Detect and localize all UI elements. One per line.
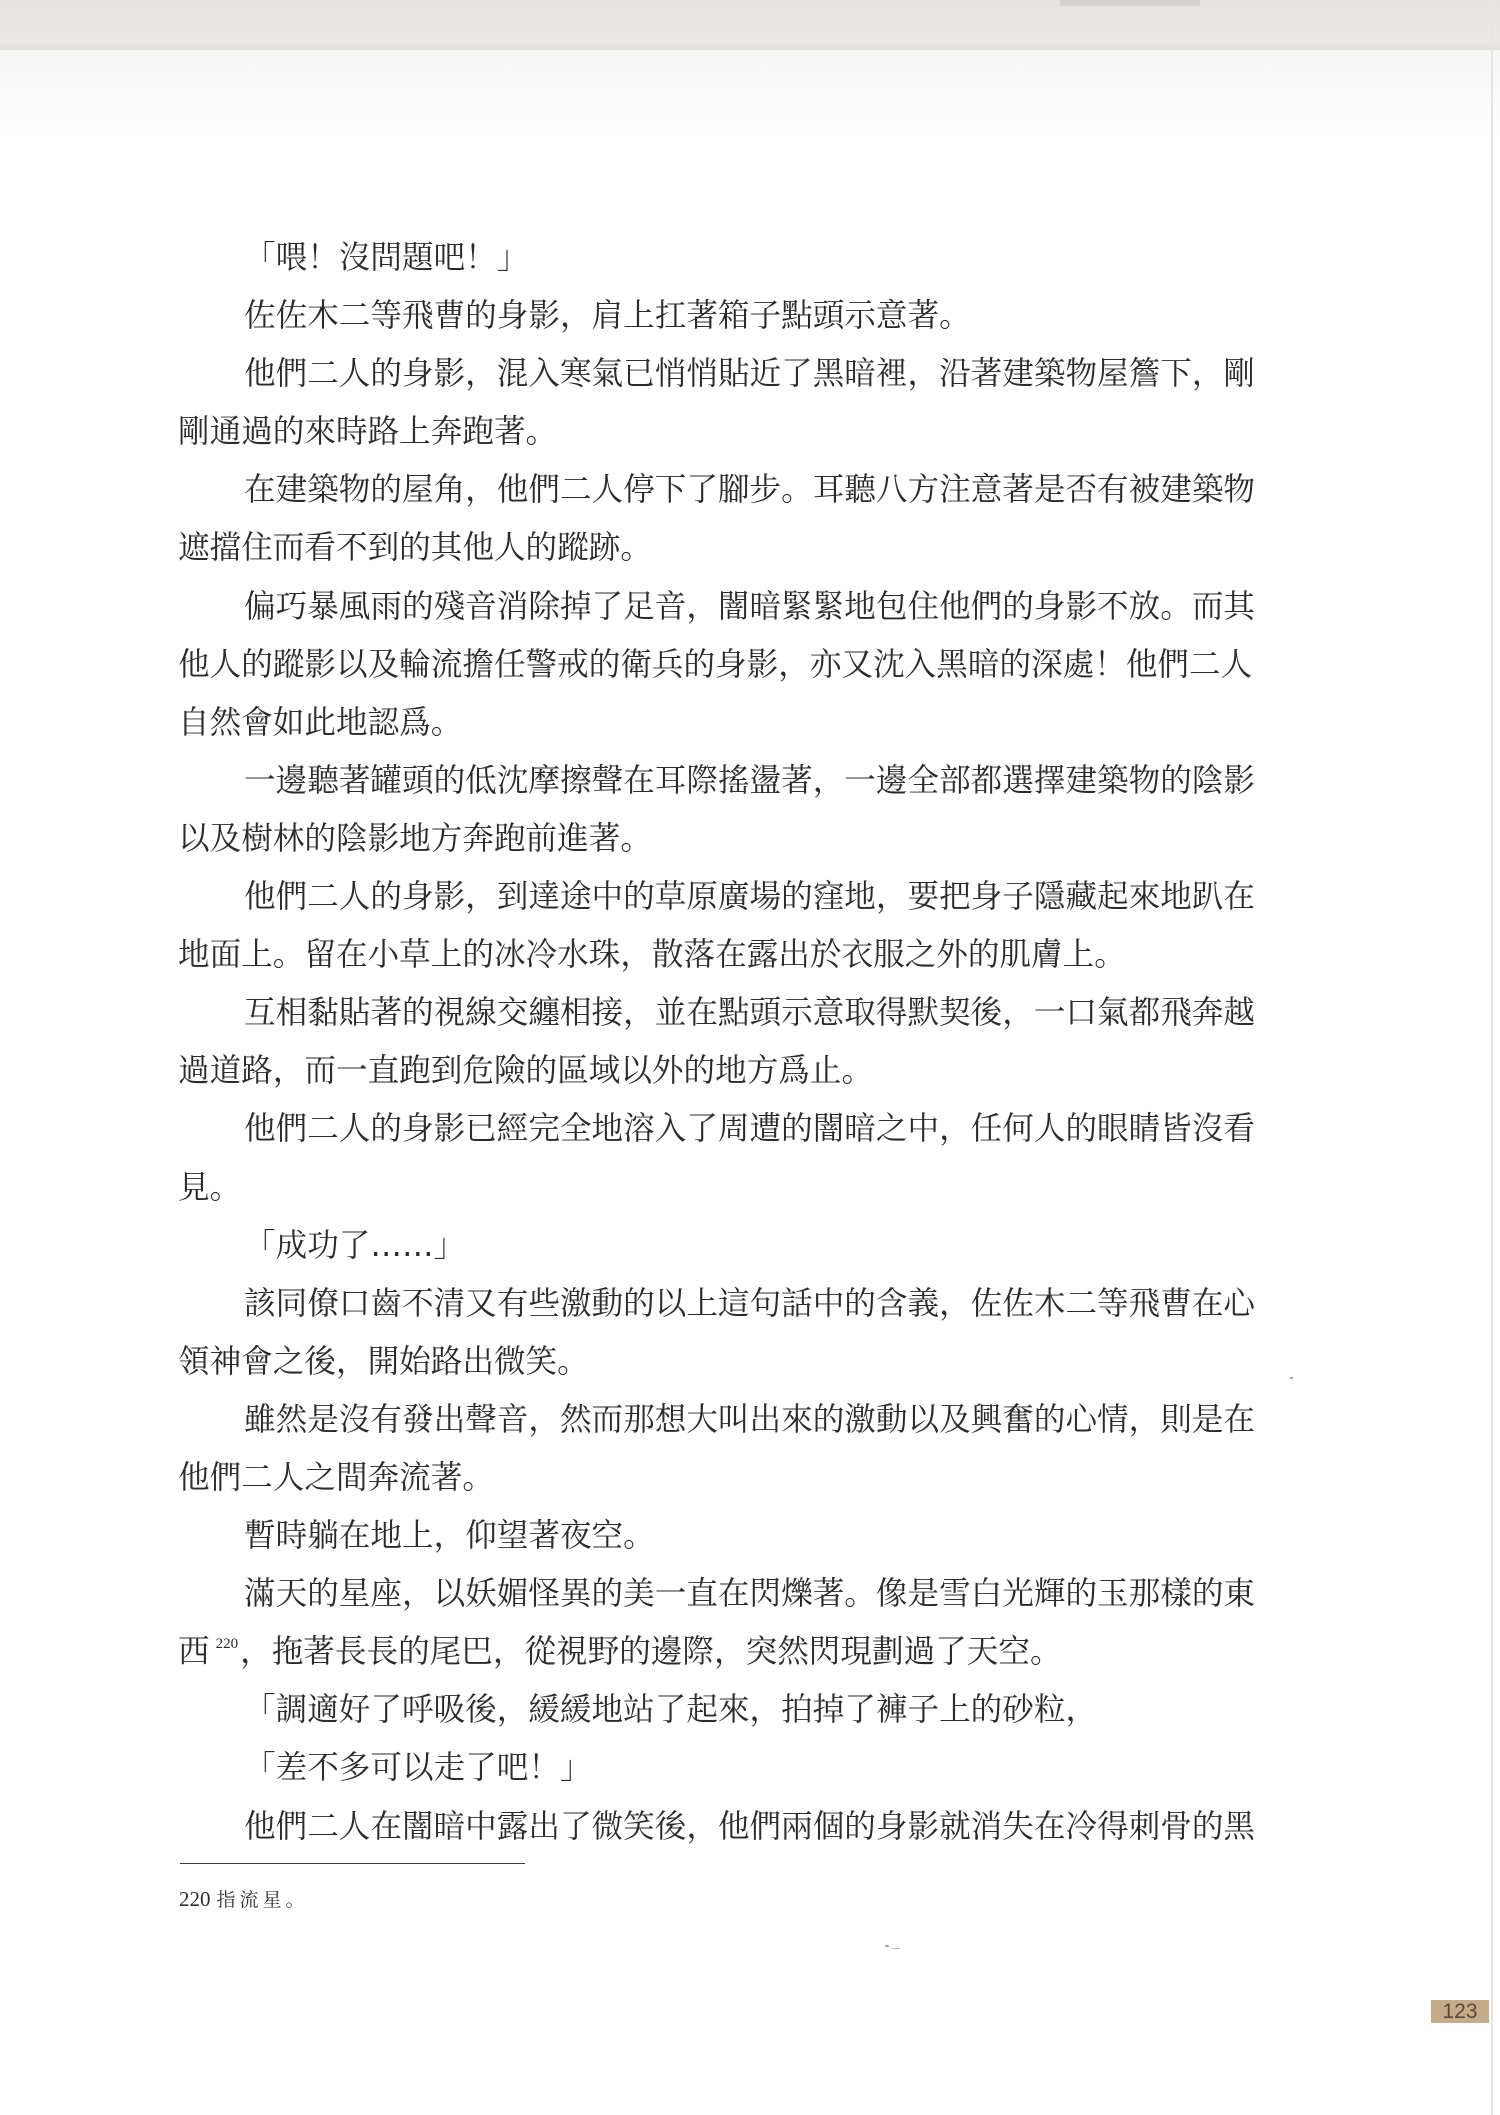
body-line: 自然會如此地認爲。 (178, 694, 1293, 752)
footnote-separator (180, 1863, 525, 1864)
body-line: 「喂！沒問題吧！」 (178, 229, 1293, 287)
body-line: 一邊聽著罐頭的低沈摩擦聲在耳際搖盪著，一邊全部都選擇建築物的陰影 (178, 752, 1293, 810)
footnote-number: 220 (179, 1887, 211, 1911)
body-line: 以及樹林的陰影地方奔跑前進著。 (178, 810, 1293, 868)
body-line: 「調適好了呼吸後，緩緩地站了起來，拍掉了褲子上的砂粒， (178, 1681, 1293, 1739)
scan-show-through-mark (1060, 0, 1200, 6)
body-line: 雖然是沒有發出聲音，然而那想大叫出來的激動以及興奮的心情，則是在 (178, 1391, 1293, 1449)
footnote-text: 指流星。 (217, 1889, 309, 1911)
body-line: 他人的蹤影以及輪流擔任警戒的衛兵的身影，亦又沈入黑暗的深處！他們二人 (178, 636, 1293, 694)
body-line: 遮擋住而看不到的其他人的蹤跡。 (178, 519, 1293, 577)
page-edge-line (1491, 0, 1493, 2115)
scan-speck (1290, 1377, 1293, 1379)
body-line: 剛通過的來時路上奔跑著。 (178, 403, 1293, 461)
body-line: 「差不多可以走了吧！」 (178, 1739, 1293, 1797)
body-line: 互相黏貼著的視線交纏相接，並在點頭示意取得默契後，一口氣都飛奔越 (178, 984, 1293, 1042)
body-line: 過道路，而一直跑到危險的區域以外的地方爲止。 (178, 1042, 1293, 1100)
page-number: 123 (1431, 2000, 1489, 2023)
body-line: 暫時躺在地上，仰望著夜空。 (178, 1507, 1293, 1565)
body-line: 地面上。留在小草上的冰冷水珠，散落在露出於衣服之外的肌膚上。 (178, 926, 1293, 984)
body-line: 他們二人在闇暗中露出了微笑後，他們兩個的身影就消失在冷得刺骨的黑 (178, 1798, 1293, 1856)
body-text: 「喂！沒問題吧！」 佐佐木二等飛曹的身影，肩上扛著箱子點頭示意著。 他們二人的身… (178, 229, 1293, 1856)
body-line: 他們二人的身影，到達途中的草原廣場的窪地，要把身子隱藏起來地趴在 (178, 868, 1293, 926)
body-line: 領神會之後，開始路出微笑。 (178, 1333, 1293, 1391)
body-line: 滿天的星座，以妖媚怪異的美一直在閃爍著。像是雪白光輝的玉那樣的東 (178, 1565, 1293, 1623)
scan-margin-band (0, 0, 1500, 50)
scan-speck (892, 1948, 900, 1949)
body-line: 他們二人的身影，混入寒氣已悄悄貼近了黑暗裡，沿著建築物屋簷下，剛 (178, 345, 1293, 403)
body-line: 「成功了……」 (178, 1217, 1293, 1275)
body-line: 見。 (178, 1159, 1293, 1217)
body-line: 該同僚口齒不清又有些激動的以上這句話中的含義，佐佐木二等飛曹在心 (178, 1275, 1293, 1333)
body-line: 佐佐木二等飛曹的身影，肩上扛著箱子點頭示意著。 (178, 287, 1293, 345)
body-line: 他們二人之間奔流著。 (178, 1449, 1293, 1507)
body-text-segment: 西 (178, 1634, 210, 1670)
scan-speck (885, 1945, 889, 1947)
body-line: 在建築物的屋角，他們二人停下了腳步。耳聽八方注意著是否有被建築物 (178, 461, 1293, 519)
body-line: 偏巧暴風雨的殘音消除掉了足音，闇暗緊緊地包住他們的身影不放。而其 (178, 578, 1293, 636)
scan-shadow (0, 50, 1500, 140)
footnote-reference[interactable]: 220 (210, 1636, 241, 1652)
body-line: 他們二人的身影已經完全地溶入了周遭的闇暗之中，任何人的眼睛皆沒看 (178, 1100, 1293, 1158)
body-line-with-footnote: 西220，拖著長長的尾巴，從視野的邊際，突然閃現劃過了天空。 (178, 1623, 1293, 1681)
footnote: 220指流星。 (179, 1886, 309, 1913)
body-text-segment: ，拖著長長的尾巴，從視野的邊際，突然閃現劃過了天空。 (240, 1634, 1061, 1670)
